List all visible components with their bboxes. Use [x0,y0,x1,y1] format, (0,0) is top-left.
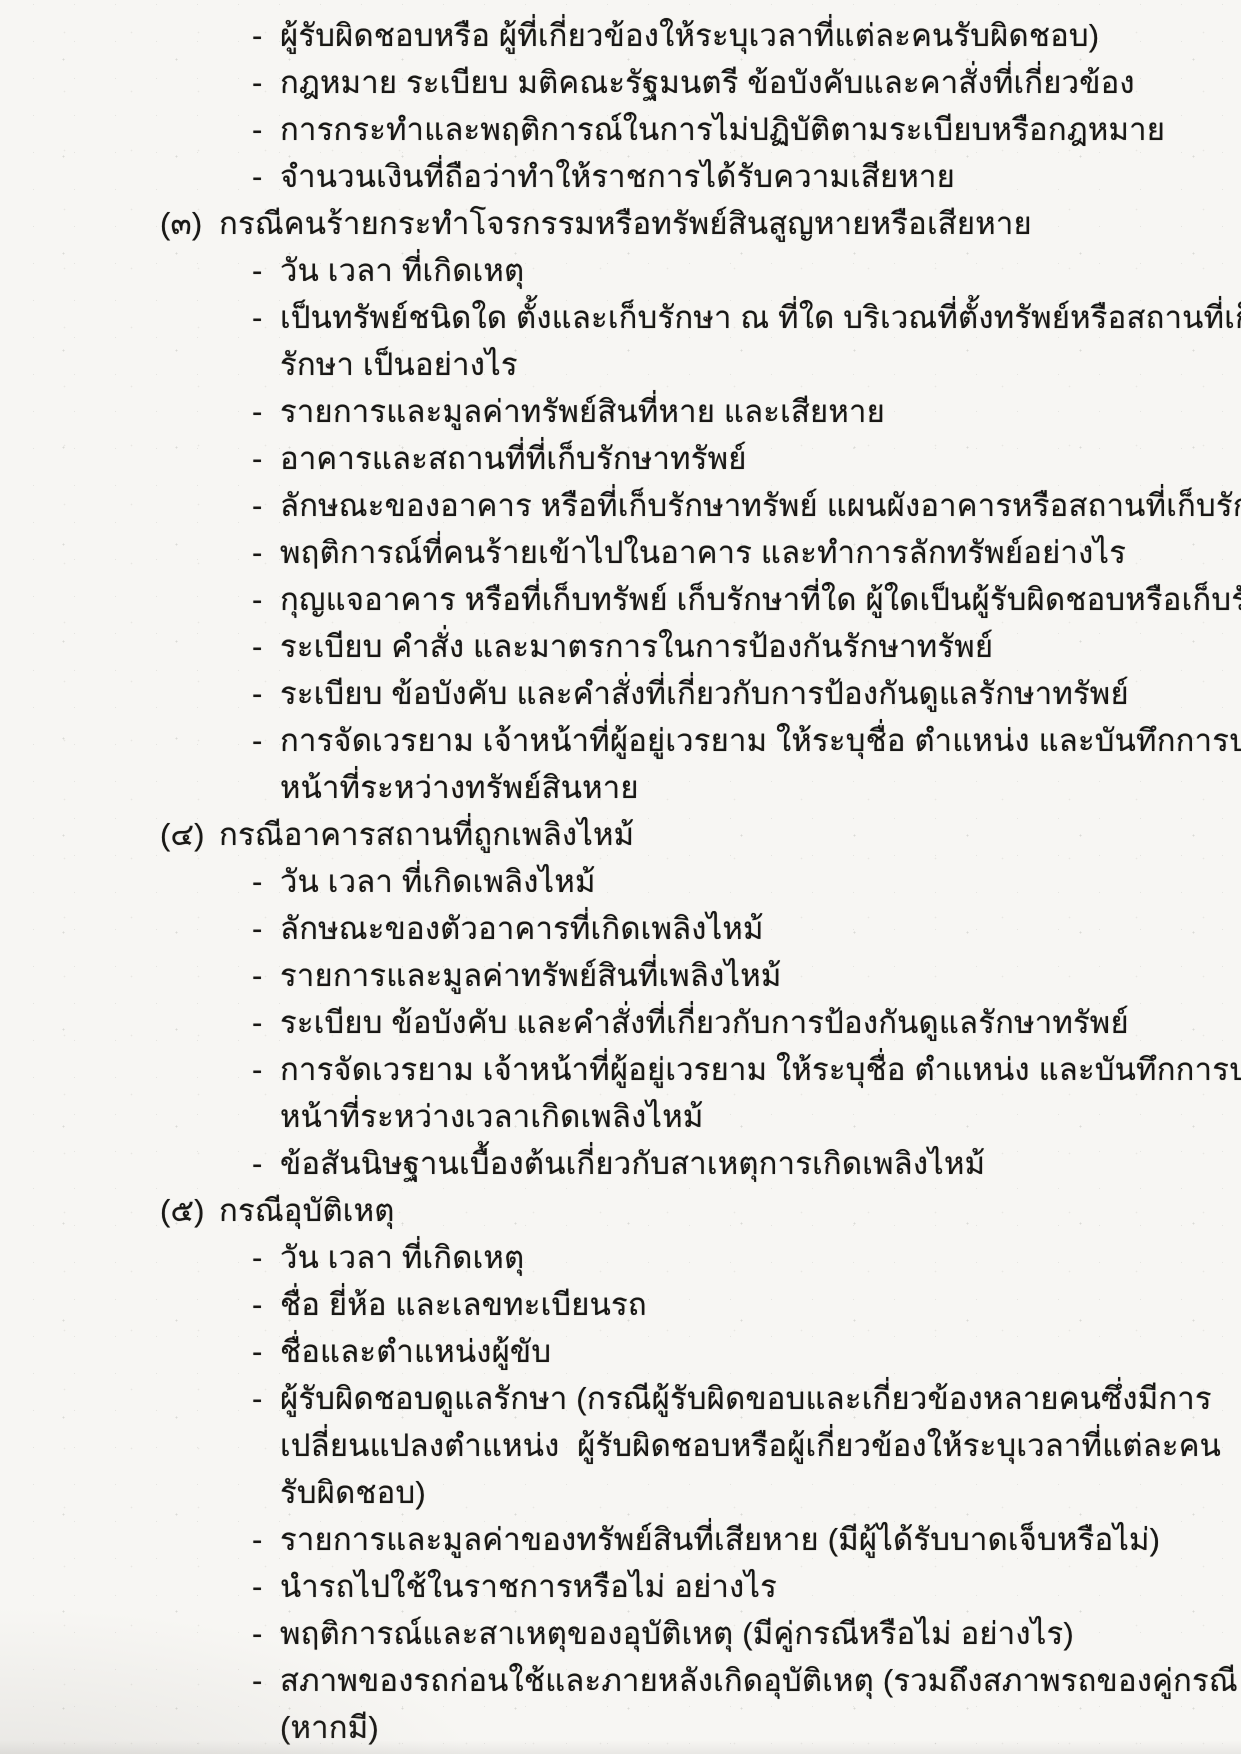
list-item-text: รายการและมูลค่าทรัพย์สินที่หาย และเสียหา… [280,388,885,435]
list-item-text: รายการและมูลค่าของทรัพย์สินที่เสียหาย (ม… [280,1516,1160,1563]
bullet-dash: - [252,1610,280,1657]
list-item: -นำรถไปใช้ในราชการหรือไม่ อย่างไร [0,1563,1241,1610]
list-item-continuation: หน้าที่ระหว่างทรัพย์สินหาย [0,764,1241,811]
list-item: -การกระทำและพฤติการณ์ในการไม่ปฏิบัติตามร… [0,106,1241,153]
list-item-text: ชื่อ ยี่ห้อ และเลขทะเบียนรถ [280,1281,647,1328]
list-item-continuation: รับผิดชอบ) [0,1469,1241,1516]
list-item: -ลักษณะของอาคาร หรือที่เก็บรักษาทรัพย์ แ… [0,482,1241,529]
list-item-text: รักษา เป็นอย่างไร [280,341,518,388]
section-number: (๓) [160,200,206,247]
bullet-dash: - [252,905,280,952]
bullet-dash: - [252,529,280,576]
bullet-dash: - [252,623,280,670]
bullet-dash: - [252,717,280,764]
list-item-text: (หากมี) [280,1704,379,1751]
bullet-dash: - [252,153,280,200]
list-item: -วัน เวลา ที่เกิดเหตุ [0,247,1241,294]
list-item: -กฎหมาย ระเบียบ มติคณะรัฐมนตรี ข้อบังคับ… [0,59,1241,106]
bullet-dash: - [252,1234,280,1281]
list-item: -รายการและมูลค่าทรัพย์สินที่เพลิงไหม้ [0,952,1241,999]
document-body: -ผู้รับผิดชอบหรือ ผู้ที่เกี่ยวข้องให้ระบ… [0,12,1241,1751]
list-item-text: นำรถไปใช้ในราชการหรือไม่ อย่างไร [280,1563,777,1610]
bullet-dash: - [252,670,280,717]
bullet-dash: - [252,106,280,153]
list-item-continuation: (หากมี) [0,1704,1241,1751]
list-item: -วัน เวลา ที่เกิดเพลิงไหม้ [0,858,1241,905]
list-item: -ชื่อ ยี่ห้อ และเลขทะเบียนรถ [0,1281,1241,1328]
list-item-text: การกระทำและพฤติการณ์ในการไม่ปฏิบัติตามระ… [280,106,1165,153]
list-item: -รายการและมูลค่าทรัพย์สินที่หาย และเสียห… [0,388,1241,435]
bullet-dash: - [252,1328,280,1375]
section-heading: (๔)กรณีอาคารสถานที่ถูกเพลิงไหม้ [0,811,1241,858]
bullet-dash: - [252,482,280,529]
section-heading: (๓)กรณีคนร้ายกระทำโจรกรรมหรือทรัพย์สินสู… [0,200,1241,247]
list-item: -พฤติการณ์และสาเหตุของอุบัติเหตุ (มีคู่ก… [0,1610,1241,1657]
section-title: กรณีอาคารสถานที่ถูกเพลิงไหม้ [219,811,634,858]
bullet-dash: - [252,388,280,435]
list-item: -เป็นทรัพย์ชนิดใด ตั้งและเก็บรักษา ณ ที่… [0,294,1241,341]
bullet-dash: - [252,1563,280,1610]
list-item: -การจัดเวรยาม เจ้าหน้าที่ผู้อยู่เวรยาม ใ… [0,1046,1241,1093]
list-item-text: อาคารและสถานที่ที่เก็บรักษาทรัพย์ [280,435,747,482]
bullet-dash: - [252,59,280,106]
section-title: กรณีคนร้ายกระทำโจรกรรมหรือทรัพย์สินสูญหา… [219,200,1032,247]
list-item: -ผู้รับผิดชอบหรือ ผู้ที่เกี่ยวข้องให้ระบ… [0,12,1241,59]
list-item-text: ผู้รับผิดชอบหรือ ผู้ที่เกี่ยวข้องให้ระบุ… [280,12,1099,59]
list-item: -พฤติการณ์ที่คนร้ายเข้าไปในอาคาร และทำกา… [0,529,1241,576]
list-item-text: การจัดเวรยาม เจ้าหน้าที่ผู้อยู่เวรยาม ให… [280,717,1241,764]
list-item: -วัน เวลา ที่เกิดเหตุ [0,1234,1241,1281]
list-item-text: จำนวนเงินที่ถือว่าทำให้ราชการได้รับความเ… [280,153,955,200]
section-number: (๔) [160,811,206,858]
list-item: -ผู้รับผิดชอบดูแลรักษา (กรณีผู้รับผิดขอบ… [0,1375,1241,1422]
bullet-dash: - [252,1516,280,1563]
list-item-text: หน้าที่ระหว่างทรัพย์สินหาย [280,764,639,811]
bullet-dash: - [252,1046,280,1093]
list-item: -อาคารและสถานที่ที่เก็บรักษาทรัพย์ [0,435,1241,482]
list-item-continuation: รักษา เป็นอย่างไร [0,341,1241,388]
list-item-text: พฤติการณ์ที่คนร้ายเข้าไปในอาคาร และทำการ… [280,529,1126,576]
list-item-text: ผู้รับผิดชอบดูแลรักษา (กรณีผู้รับผิดขอบแ… [280,1375,1212,1422]
list-item: -ระเบียบ ข้อบังคับ และคำสั่งที่เกี่ยวกับ… [0,999,1241,1046]
bullet-dash: - [252,294,280,341]
bullet-dash: - [252,1657,280,1704]
list-item-text: วัน เวลา ที่เกิดเหตุ [280,247,524,294]
bullet-dash: - [252,12,280,59]
list-item-text: หน้าที่ระหว่างเวลาเกิดเพลิงไหม้ [280,1093,703,1140]
bullet-dash: - [252,999,280,1046]
list-item: -ชื่อและตำแหน่งผู้ขับ [0,1328,1241,1375]
list-item: -กุญแจอาคาร หรือที่เก็บทรัพย์ เก็บรักษาท… [0,576,1241,623]
list-item-text: เป็นทรัพย์ชนิดใด ตั้งและเก็บรักษา ณ ที่ใ… [280,294,1241,341]
bullet-dash: - [252,858,280,905]
bullet-dash: - [252,1140,280,1187]
list-item: -จำนวนเงินที่ถือว่าทำให้ราชการได้รับความ… [0,153,1241,200]
list-item-text: เปลี่ยนแปลงตำแหน่ง ผู้รับผิดชอบหรือผู้เก… [280,1422,1221,1469]
list-item-continuation: หน้าที่ระหว่างเวลาเกิดเพลิงไหม้ [0,1093,1241,1140]
bullet-dash: - [252,576,280,623]
list-item: -ระเบียบ คำสั่ง และมาตรการในการป้องกันรั… [0,623,1241,670]
list-item-text: กฎหมาย ระเบียบ มติคณะรัฐมนตรี ข้อบังคับแ… [280,59,1135,106]
bullet-dash: - [252,1281,280,1328]
bullet-dash: - [252,435,280,482]
scanned-document-page: -ผู้รับผิดชอบหรือ ผู้ที่เกี่ยวข้องให้ระบ… [0,0,1241,1754]
list-item: -ข้อสันนิษฐานเบื้องต้นเกี่ยวกับสาเหตุการ… [0,1140,1241,1187]
list-item: -ลักษณะของตัวอาคารที่เกิดเพลิงไหม้ [0,905,1241,952]
list-item: -สภาพของรถก่อนใช้และภายหลังเกิดอุบัติเหต… [0,1657,1241,1704]
list-item: -ระเบียบ ข้อบังคับ และคำสั่งที่เกี่ยวกับ… [0,670,1241,717]
section-title: กรณีอุบัติเหตุ [219,1187,395,1234]
bullet-dash: - [252,1375,280,1422]
list-item-text: สภาพของรถก่อนใช้และภายหลังเกิดอุบัติเหตุ… [280,1657,1238,1704]
list-item-text: ชื่อและตำแหน่งผู้ขับ [280,1328,551,1375]
section-heading: (๕)กรณีอุบัติเหตุ [0,1187,1241,1234]
list-item-text: ลักษณะของตัวอาคารที่เกิดเพลิงไหม้ [280,905,764,952]
bullet-dash: - [252,247,280,294]
list-item-text: รับผิดชอบ) [280,1469,426,1516]
list-item-text: ระเบียบ ข้อบังคับ และคำสั่งที่เกี่ยวกับก… [280,999,1129,1046]
list-item-text: วัน เวลา ที่เกิดเหตุ [280,1234,524,1281]
list-item-text: ระเบียบ คำสั่ง และมาตรการในการป้องกันรัก… [280,623,993,670]
list-item-text: การจัดเวรยาม เจ้าหน้าที่ผู้อยู่เวรยาม ให… [280,1046,1241,1093]
section-number: (๕) [160,1187,206,1234]
list-item-text: รายการและมูลค่าทรัพย์สินที่เพลิงไหม้ [280,952,782,999]
list-item: -การจัดเวรยาม เจ้าหน้าที่ผู้อยู่เวรยาม ใ… [0,717,1241,764]
bullet-dash: - [252,952,280,999]
list-item-text: กุญแจอาคาร หรือที่เก็บทรัพย์ เก็บรักษาที… [280,576,1241,623]
list-item-text: ลักษณะของอาคาร หรือที่เก็บรักษาทรัพย์ แผ… [280,482,1241,529]
list-item-text: ระเบียบ ข้อบังคับ และคำสั่งที่เกี่ยวกับก… [280,670,1129,717]
list-item: -รายการและมูลค่าของทรัพย์สินที่เสียหาย (… [0,1516,1241,1563]
list-item-text: พฤติการณ์และสาเหตุของอุบัติเหตุ (มีคู่กร… [280,1610,1074,1657]
list-item-text: วัน เวลา ที่เกิดเพลิงไหม้ [280,858,596,905]
list-item-continuation: เปลี่ยนแปลงตำแหน่ง ผู้รับผิดชอบหรือผู้เก… [0,1422,1241,1469]
list-item-text: ข้อสันนิษฐานเบื้องต้นเกี่ยวกับสาเหตุการเ… [280,1140,985,1187]
